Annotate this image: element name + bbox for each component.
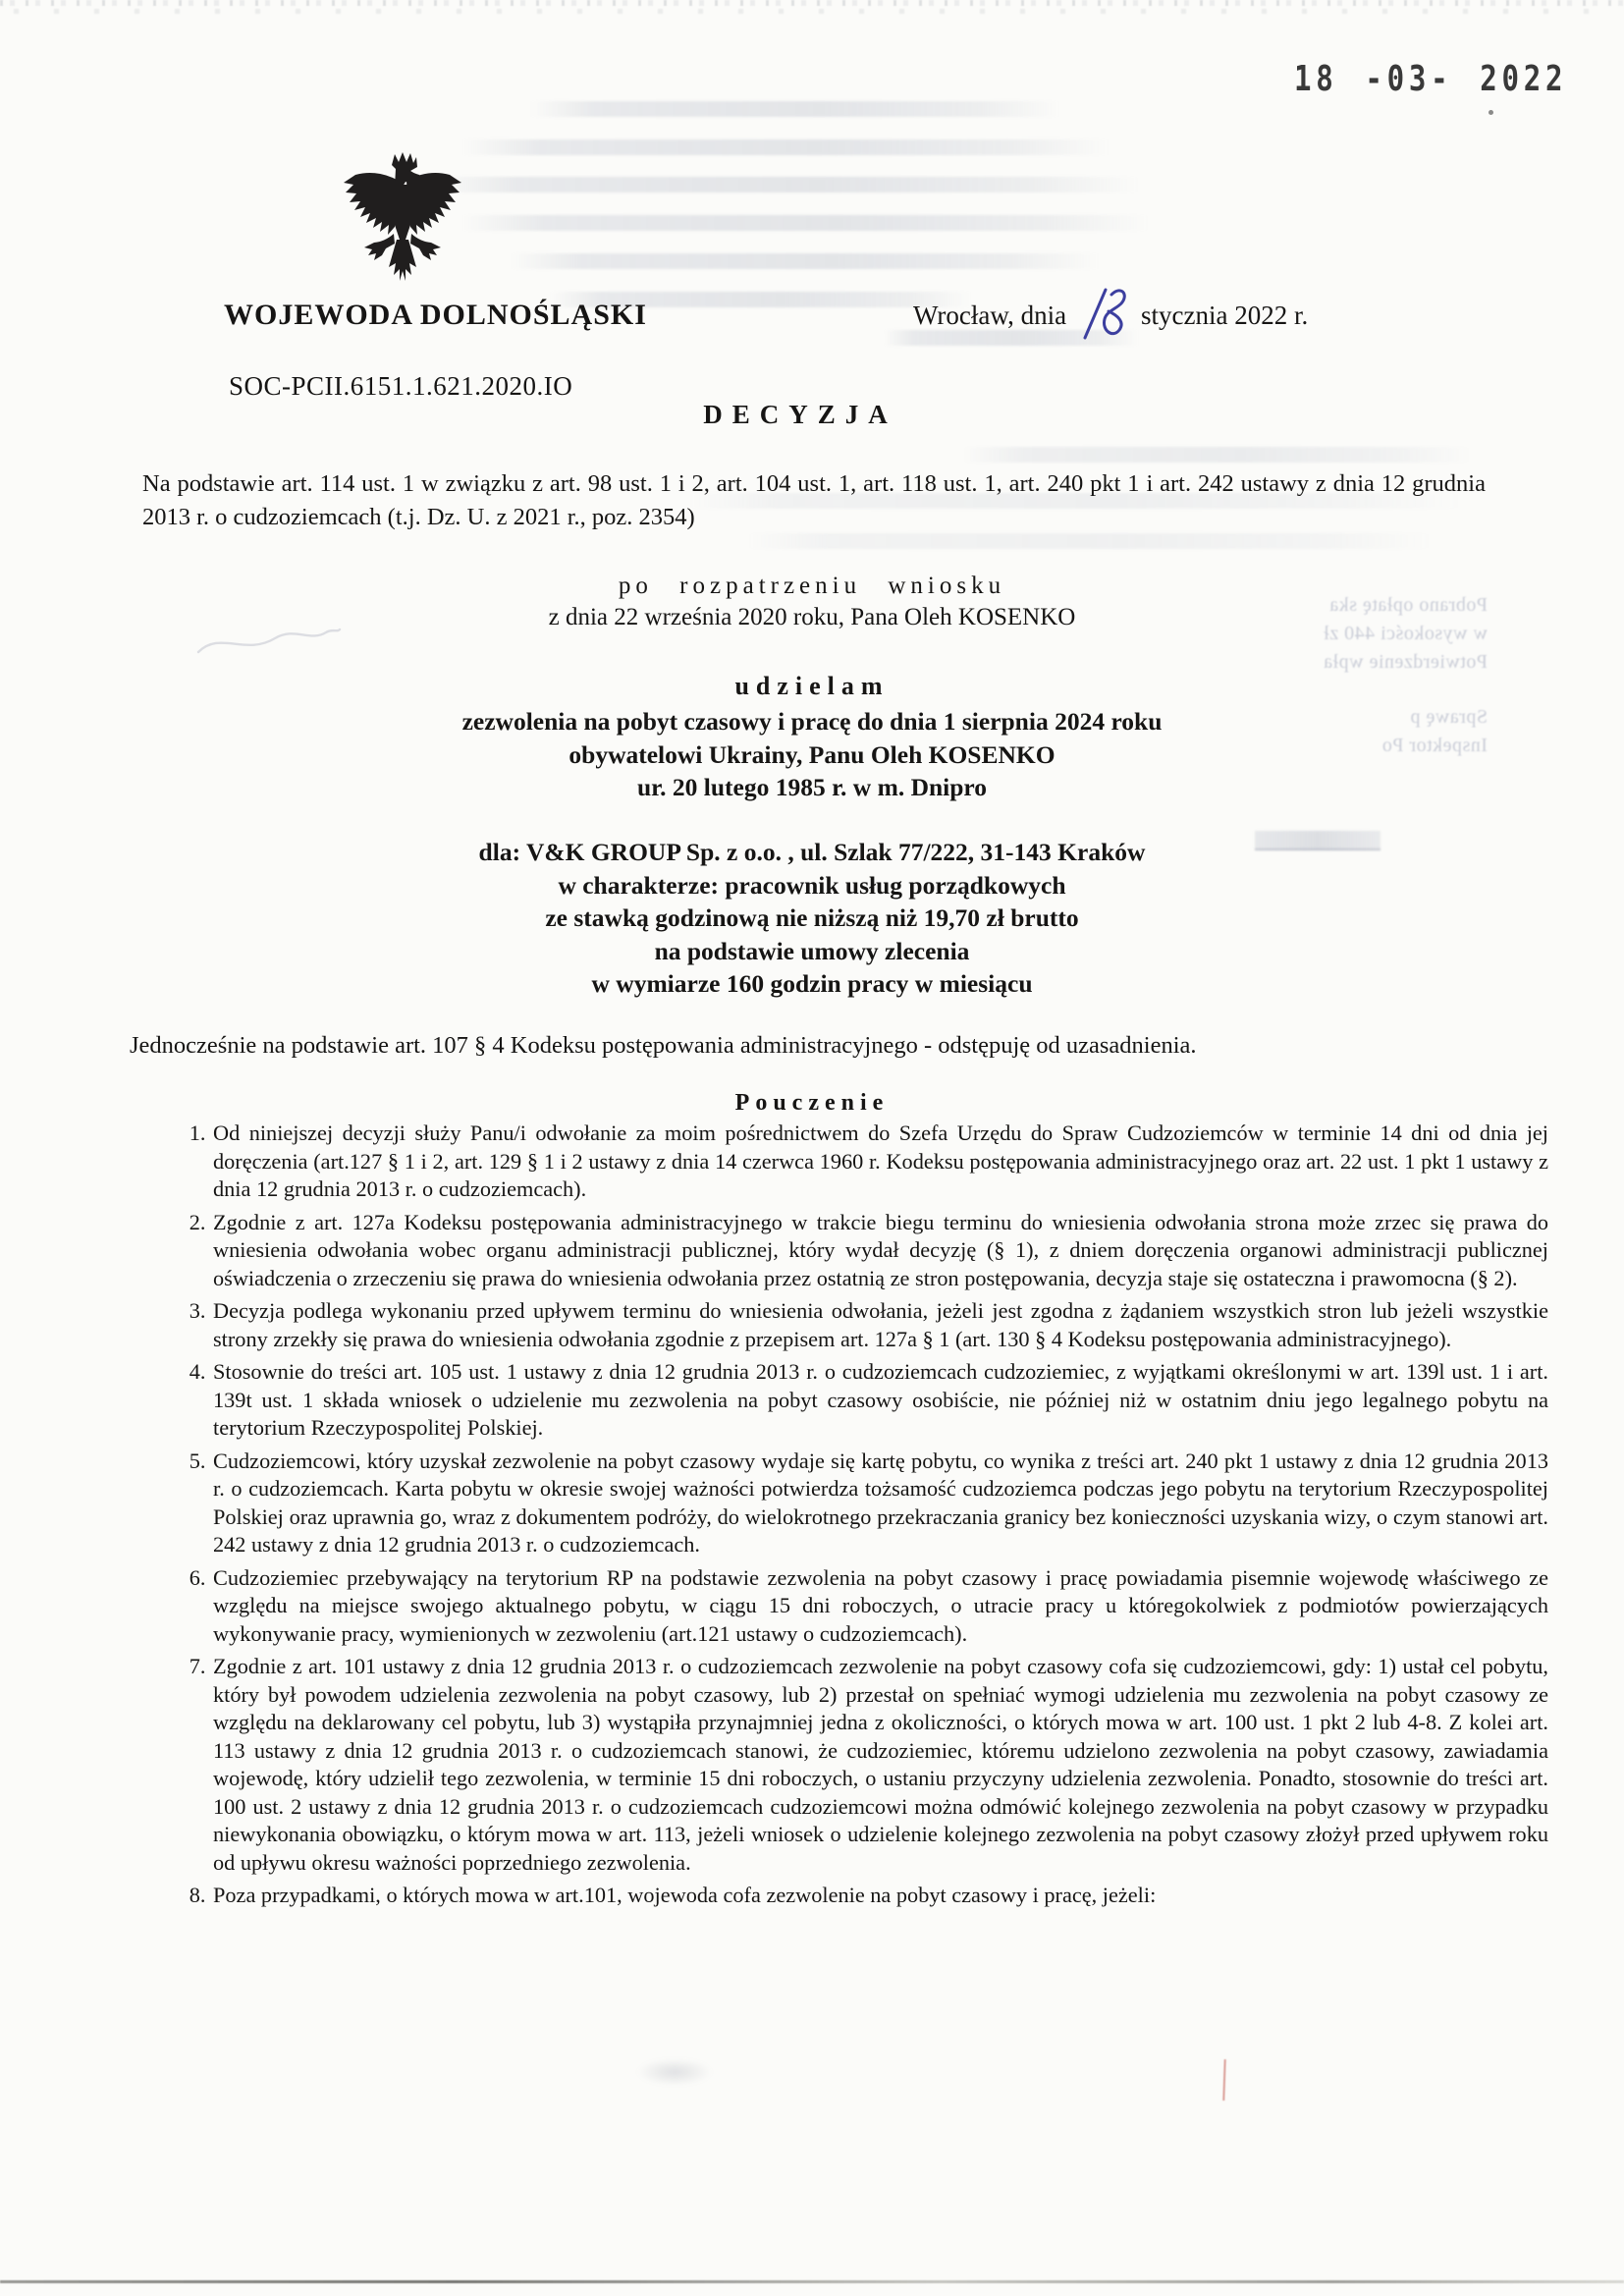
date-stamp: 18 -03- 2022 bbox=[1294, 59, 1567, 99]
instruction-item-7: Zgodnie z art. 101 ustawy z dnia 12 grud… bbox=[211, 1653, 1548, 1877]
instruction-item-6: Cudzoziemiec przebywający na terytorium … bbox=[211, 1564, 1548, 1649]
bleedthrough-row bbox=[530, 101, 1060, 117]
instruction-item-5: Cudzoziemcowi, który uzyskał zezwolenie … bbox=[211, 1448, 1548, 1559]
employer-line: dla: V&K GROUP Sp. z o.o. , ul. Szlak 77… bbox=[0, 836, 1624, 869]
employer-conditions-block: dla: V&K GROUP Sp. z o.o. , ul. Szlak 77… bbox=[0, 836, 1624, 1001]
polish-eagle-emblem bbox=[342, 149, 463, 289]
instructions-list: Od niniejszej decyzji służy Panu/i odwoł… bbox=[147, 1120, 1548, 1915]
application-line-2: z dnia 22 września 2020 roku, Pana Oleh … bbox=[0, 604, 1624, 631]
scan-top-edge-artifact-2 bbox=[0, 9, 1624, 14]
application-line-1: po rozpatrzeniu wniosku bbox=[0, 573, 1624, 600]
employer-line: ze stawką godzinową nie niższą niż 19,70… bbox=[0, 902, 1624, 935]
scanned-decision-page: Pobrano opłatę ska w wysokości 440 zł Po… bbox=[0, 0, 1624, 2296]
grant-line: obywatelowi Ukrainy, Panu Oleh KOSENKO bbox=[0, 738, 1624, 772]
employer-line: na podstawie umowy zlecenia bbox=[0, 935, 1624, 968]
instruction-item-4: Stosownie do treści art. 105 ust. 1 usta… bbox=[211, 1358, 1548, 1443]
instructions-heading: Pouczenie bbox=[0, 1090, 1624, 1117]
legal-basis-paragraph: Na podstawie art. 114 ust. 1 w związku z… bbox=[142, 467, 1486, 534]
instruction-item-1: Od niniejszej decyzji służy Panu/i odwoł… bbox=[211, 1120, 1548, 1204]
scan-top-edge-artifact bbox=[0, 0, 1624, 6]
scan-red-mark bbox=[1222, 2059, 1225, 2101]
instruction-item-8: Poza przypadkami, o których mowa w art.1… bbox=[211, 1882, 1548, 1910]
instruction-item-3: Decyzja podlega wykonaniu przed upływem … bbox=[211, 1297, 1548, 1353]
bleedthrough-row bbox=[461, 215, 1149, 231]
authority-name: WOJEWODA DOLNOŚLĄSKI bbox=[224, 299, 647, 332]
employer-line: w wymiarze 160 godzin pracy w miesiącu bbox=[0, 967, 1624, 1001]
handwritten-day-ink bbox=[1078, 283, 1133, 348]
bleedthrough-row bbox=[962, 447, 1473, 463]
document-title: DECYZJA bbox=[0, 400, 1600, 430]
place-date-suffix: stycznia 2022 r. bbox=[1141, 301, 1308, 331]
scan-dot bbox=[1489, 110, 1493, 115]
grant-line: ur. 20 lutego 1985 r. w m. Dnipro bbox=[0, 771, 1624, 804]
instruction-item-2: Zgodnie z art. 127a Kodeksu postępowania… bbox=[211, 1209, 1548, 1293]
operative-verb: udzielam bbox=[0, 672, 1624, 701]
bleedthrough-row bbox=[432, 177, 1139, 192]
bleedthrough-row bbox=[746, 533, 1434, 549]
grant-line: zezwolenia na pobyt czasowy i pracę do d… bbox=[0, 705, 1624, 738]
scan-smudge bbox=[636, 2058, 713, 2086]
case-number: SOC-PCII.6151.1.621.2020.IO bbox=[229, 371, 572, 402]
operative-grant-block: zezwolenia na pobyt czasowy i pracę do d… bbox=[0, 705, 1624, 804]
employer-line: w charakterze: pracownik usług porządkow… bbox=[0, 869, 1624, 902]
bleedthrough-row bbox=[511, 253, 1100, 269]
scan-bottom-edge-line bbox=[0, 2280, 1624, 2283]
bleedthrough-row bbox=[461, 139, 1110, 155]
justification-waiver: Jednocześnie na podstawie art. 107 § 4 K… bbox=[130, 1032, 1197, 1060]
place-date-prefix: Wrocław, dnia bbox=[913, 301, 1066, 331]
